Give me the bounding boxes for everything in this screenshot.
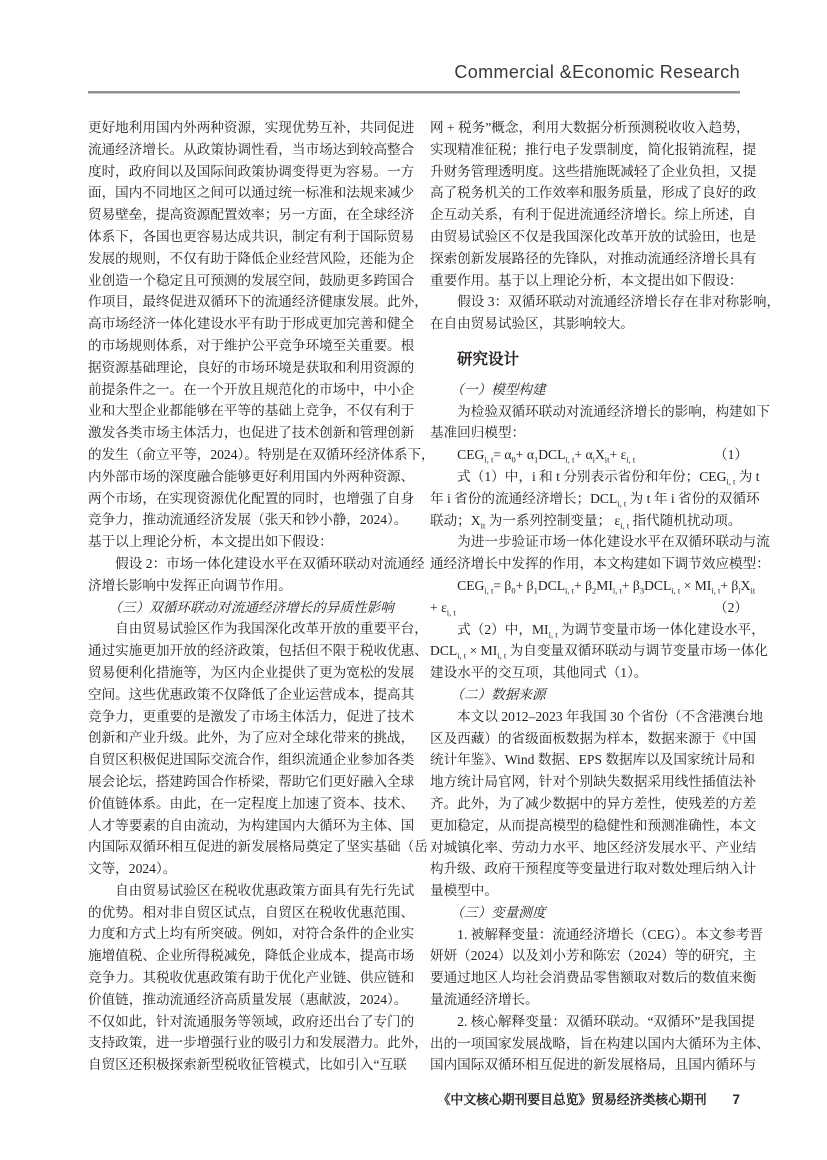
text-line: 为进一步验证市场一体化建设水平在双循环联动与流 <box>430 531 748 553</box>
text-line: 国内国际双循环相互促进的新发展格局，且国内循环与 <box>430 1054 748 1076</box>
page-footer: 《中文核心期刊要目总览》贸易经济类核心期刊 7 <box>438 1089 740 1108</box>
equation-line: CEGi, t= α0+ α1DCLi, t+ αiXit+ εi, t（1） <box>430 444 748 466</box>
text-line: 竞争力，更重要的是激发了市场主体活力，促进了技术 <box>88 706 406 728</box>
text-line: 基于以上理论分析，本文提出如下假设： <box>88 531 406 553</box>
text-line: 升财务管理透明度。这些措施既减轻了企业负担，又提 <box>430 161 748 183</box>
paper-page: Commercial &Economic Research 更好地利用国内外两种… <box>0 0 827 1160</box>
text-line: 妍妍（2024）以及刘小芳和陈宏（2024）等的研究，主 <box>430 945 748 967</box>
text-line: 网 + 税务”概念，利用大数据分析预测税收收入趋势， <box>430 117 748 139</box>
text-line: 前提条件之一。在一个开放且规范化的市场中，中小企 <box>88 379 406 401</box>
text-line: 作项目，最终促进双循环下的流通经济健康发展。此外， <box>88 291 406 313</box>
text-line: 业和大型企业都能够在平等的基础上竞争，不仅有利于 <box>88 400 406 422</box>
text-line: 贸易壁垒，提高资源配置效率；另一方面，在全球经济 <box>88 204 406 226</box>
text-line: 面，国内不同地区之间可以通过统一标准和法规来减少 <box>88 182 406 204</box>
text-line: 由贸易试验区不仅是我国深化改革开放的试验田，也是 <box>430 226 748 248</box>
equation-line: + εi, t（2） <box>430 597 748 619</box>
text-line: 更加稳定，从而提高模型的稳健性和预测准确性，本文 <box>430 815 748 837</box>
text-line: 更好地利用国内外两种资源，实现优势互补，共同促进 <box>88 117 406 139</box>
right-text-column: 网 + 税务”概念，利用大数据分析预测税收收入趋势，实现精准征税；推行电子发票制… <box>430 117 748 1076</box>
text-line: 自贸区积极促进国际交流合作，组织流通企业参加各类 <box>88 749 406 771</box>
text-line: 在自由贸易试验区，其影响较大。 <box>430 313 748 335</box>
text-line: 据资源基础理论，良好的市场环境是获取和利用资源的 <box>88 357 406 379</box>
text-line: 空间。这些优惠政策不仅降低了企业运营成本，提高其 <box>88 684 406 706</box>
text-line: 通经济增长中发挥的作用，本文构建如下调节效应模型： <box>430 553 748 575</box>
text-line: 济增长影响中发挥正向调节作用。 <box>88 575 406 597</box>
text-line: 重要作用。基于以上理论分析，本文提出如下假设： <box>430 270 748 292</box>
text-line: 本文以 2012–2023 年我国 30 个省份（不含港澳台地 <box>430 706 748 728</box>
section-heading: 研究设计 <box>430 335 748 379</box>
text-line: 的优势。相对非自贸区试点，自贸区在税收优惠范围、 <box>88 902 406 924</box>
text-line: 2. 核心解释变量：双循环联动。“双循环”是我国提 <box>430 1011 748 1033</box>
text-line: 量模型中。 <box>430 880 748 902</box>
text-line: 竞争力。其税收优惠政策有助于优化产业链、供应链和 <box>88 967 406 989</box>
text-line: 联动；Xit 为一系列控制变量； εi, t 指代随机扰动项。 <box>430 510 748 532</box>
text-line: 施增值税、企业所得税减免，降低企业成本，提高市场 <box>88 945 406 967</box>
text-line: 价值链体系。由此，在一定程度上加速了资本、技术、 <box>88 793 406 815</box>
text-line: 要通过地区人均社会消费品零售额取对数后的数值来衡 <box>430 967 748 989</box>
text-line: 对城镇化率、劳动力水平、地区经济发展水平、产业结 <box>430 837 748 859</box>
page-number: 7 <box>732 1092 740 1107</box>
text-line: （二）数据来源 <box>430 684 748 706</box>
text-line: 自由贸易试验区作为我国深化改革开放的重要平台， <box>88 618 406 640</box>
text-line: 高了税务机关的工作效率和服务质量，形成了良好的政 <box>430 182 748 204</box>
text-line: 探索创新发展路径的先锋队，对推动流通经济增长具有 <box>430 248 748 270</box>
text-line: 1. 被解释变量：流通经济增长（CEG）。本文参考晋 <box>430 924 748 946</box>
text-line: 贸易便利化措施等，为区内企业提供了更为宽松的发展 <box>88 662 406 684</box>
text-line: 实现精准征税；推行电子发票制度，简化报销流程，提 <box>430 139 748 161</box>
header-rule <box>88 91 740 94</box>
text-line: 人才等要素的自由流动，为构建国内大循环为主体、国 <box>88 815 406 837</box>
text-line: 竞争力，推动流通经济发展（张天和钞小静，2024）。 <box>88 509 406 531</box>
text-line: 两个市场，在实现资源优化配置的同时，也增强了自身 <box>88 488 406 510</box>
text-line: 文等，2024）。 <box>88 858 406 880</box>
equation-line: CEGi, t= β0+ β1DCLi, t+ β2MIi, t+ β3DCLi… <box>430 575 748 597</box>
text-line: 量流通经济增长。 <box>430 989 748 1011</box>
text-line: 自由贸易试验区在税收优惠政策方面具有先行先试 <box>88 880 406 902</box>
text-line: （一）模型构建 <box>430 379 748 401</box>
text-line: 假设 2：市场一体化建设水平在双循环联动对流通经 <box>88 553 406 575</box>
text-line: 力度和方式上均有所突破。例如，对符合条件的企业实 <box>88 923 406 945</box>
text-line: DCLi, t × MIi, t 为自变量双循环联动与调节变量市场一体化 <box>430 640 748 662</box>
text-line: 自贸区还积极探索新型税收征管模式，比如引入“互联 <box>88 1054 406 1076</box>
text-line: 年 i 省份的流通经济增长；DCLi, t 为 t 年 i 省份的双循环 <box>430 488 748 510</box>
text-line: 为检验双循环联动对流通经济增长的影响，构建如下 <box>430 401 748 423</box>
text-line: 价值链，推动流通经济高质量发展（惠献波，2024）。 <box>88 989 406 1011</box>
text-line: 内国际双循环相互促进的新发展格局奠定了坚实基础（岳 <box>88 836 406 858</box>
text-line: 支持政策，进一步增强行业的吸引力和发展潜力。此外， <box>88 1032 406 1054</box>
text-line: 体系下，各国也更容易达成共识，制定有利于国际贸易 <box>88 226 406 248</box>
text-line: 式（1）中，i 和 t 分别表示省份和年份；CEGi, t 为 t <box>430 466 748 488</box>
text-line: 内外部市场的深度融合能够更好利用国内外两种资源、 <box>88 466 406 488</box>
text-line: 齐。此外，为了减少数据中的异方差性，使残差的方差 <box>430 793 748 815</box>
text-line: 高市场经济一体化建设水平有助于形成更加完善和健全 <box>88 313 406 335</box>
text-line: 基准回归模型： <box>430 422 748 444</box>
text-line: 统计年鉴》、Wind 数据、EPS 数据库以及国家统计局和 <box>430 749 748 771</box>
text-line: 创新和产业升级。此外，为了应对全球化带来的挑战， <box>88 727 406 749</box>
text-line: 构升级、政府干预程度等变量进行取对数处理后纳入计 <box>430 858 748 880</box>
text-line: （三）双循环联动对流通经济增长的异质性影响 <box>88 597 406 619</box>
text-line: 出的一项国家发展战略，旨在构建以国内大循环为主体、 <box>430 1033 748 1055</box>
left-text-column: 更好地利用国内外两种资源，实现优势互补，共同促进流通经济增长。从政策协调性看，当… <box>88 117 406 1076</box>
text-line: 企互动关系，有利于促进流通经济增长。综上所述，自 <box>430 204 748 226</box>
text-line: 发展的规则，不仅有助于降低企业经营风险，还能为企 <box>88 248 406 270</box>
text-line: 假设 3：双循环联动对流通经济增长存在非对称影响， <box>430 291 748 313</box>
text-line: 区及西藏）的省级面板数据为样本，数据来源于《中国 <box>430 728 748 750</box>
text-line: 展会论坛，搭建跨国合作桥梁，帮助它们更好融入全球 <box>88 771 406 793</box>
text-line: 通过实施更加开放的经济政策，包括但不限于税收优惠、 <box>88 640 406 662</box>
text-line: 的市场规则体系，对于维护公平竞争环境至关重要。根 <box>88 335 406 357</box>
text-line: 不仅如此，针对流通服务等领域，政府还出台了专门的 <box>88 1011 406 1033</box>
text-line: 业创造一个稳定且可预测的发展空间，鼓励更多跨国合 <box>88 270 406 292</box>
text-line: 建设水平的交互项，其他同式（1）。 <box>430 662 748 684</box>
text-line: 度时，政府间以及国际间政策协调变得更为容易。一方 <box>88 161 406 183</box>
text-line: 式（2）中，MIi, t 为调节变量市场一体化建设水平， <box>430 619 748 641</box>
text-line: 流通经济增长。从政策协调性看，当市场达到较高整合 <box>88 139 406 161</box>
footer-journal-label: 《中文核心期刊要目总览》贸易经济类核心期刊 <box>438 1089 707 1108</box>
text-line: 的发生（俞立平等，2024）。特别是在双循环经济体系下， <box>88 444 406 466</box>
text-line: 激发各类市场主体活力，也促进了技术创新和管理创新 <box>88 422 406 444</box>
text-line: 地方统计局官网，针对个别缺失数据采用线性插值法补 <box>430 771 748 793</box>
journal-title: Commercial &Economic Research <box>454 62 740 83</box>
text-line: （三）变量测度 <box>430 902 748 924</box>
